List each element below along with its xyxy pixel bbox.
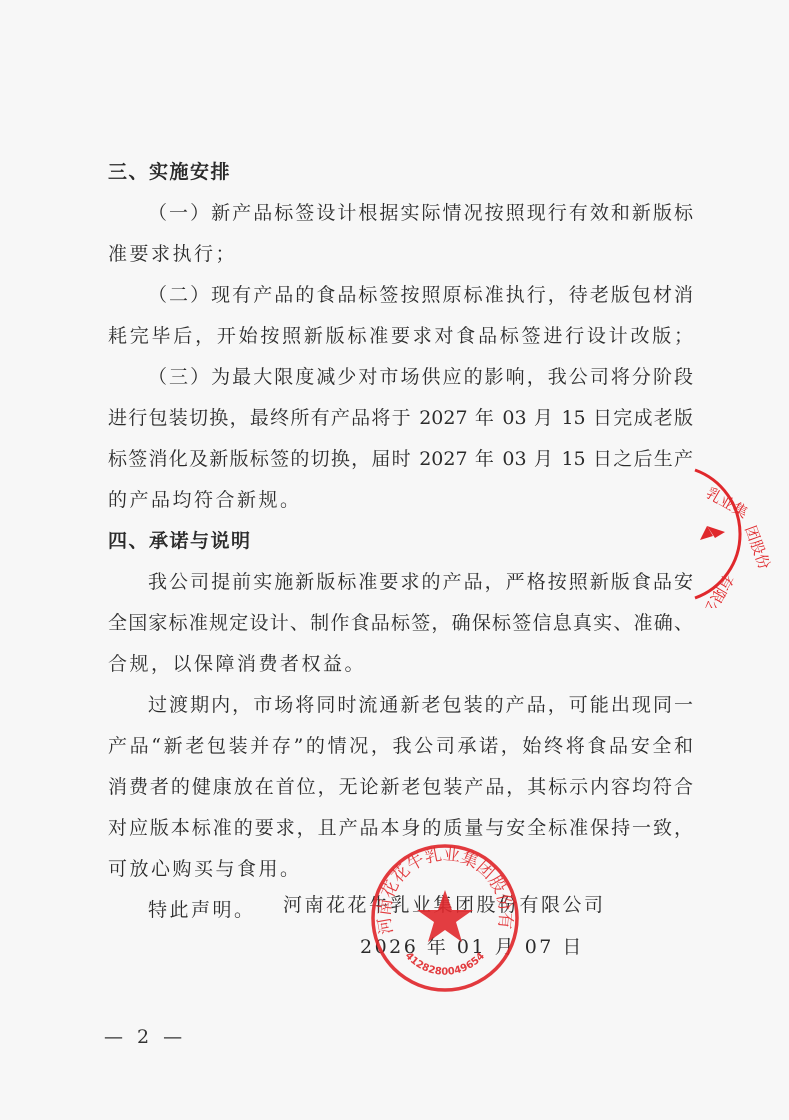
paragraph-line: 消费者的健康放在首位，无论新老包装产品，其标示内容均符合 bbox=[108, 775, 693, 799]
paragraph-line: 产品“新老包装并存”的情况，我公司承诺，始终将食品安全和 bbox=[108, 734, 693, 758]
paragraph-line: 标签消化及新版标签的切换，届时 2027 年 03 月 15 日之后生产 bbox=[108, 447, 693, 471]
svg-text:团股份: 团股份 bbox=[741, 523, 773, 571]
section-heading-commitment: 四、承诺与说明 bbox=[108, 529, 693, 553]
company-signature: 河南花花牛乳业集团股份有限公司 bbox=[283, 893, 606, 917]
document-page: 三、实施安排 （一）新产品标签设计根据实际情况按照现行有效和新版标 准要求执行；… bbox=[0, 0, 789, 1120]
section-heading-implementation: 三、实施安排 bbox=[108, 160, 693, 184]
paragraph-line: 我公司提前实施新版标准要求的产品，严格按照新版食品安 bbox=[148, 570, 693, 594]
paragraph-line: （一）新产品标签设计根据实际情况按照现行有效和新版标 bbox=[148, 201, 693, 225]
paragraph-line: （二）现有产品的食品标签按照原标准执行，待老版包材消 bbox=[148, 283, 693, 307]
signature-date: 2026 年 01 月 07 日 bbox=[360, 935, 584, 959]
paragraph-line: （三）为最大限度减少对市场供应的影响，我公司将分阶段 bbox=[148, 365, 693, 389]
paragraph-line: 准要求执行； bbox=[108, 242, 693, 266]
paragraph-line: 进行包装切换，最终所有产品将于 2027 年 03 月 15 日完成老版 bbox=[108, 406, 693, 430]
paragraph-line: 过渡期内，市场将同时流通新老包装的产品，可能出现同一 bbox=[148, 693, 693, 717]
paragraph-line: 可放心购买与食用。 bbox=[108, 857, 693, 881]
paragraph-line: 对应版本标准的要求，且产品本身的质量与安全标准保持一致， bbox=[108, 816, 693, 840]
svg-text:乳业集: 乳业集 bbox=[703, 484, 751, 522]
paragraph-line: 的产品均符合新规。 bbox=[108, 488, 693, 512]
paragraph-line: 全国家标准规定设计、制作食品标签，确保标签信息真实、准确、 bbox=[108, 611, 693, 635]
svg-text:有限公: 有限公 bbox=[699, 571, 737, 608]
paragraph-line: 耗完毕后，开始按照新版标准要求对食品标签进行设计改版； bbox=[108, 324, 693, 348]
page-number: — 2 — bbox=[104, 1026, 186, 1048]
paragraph-line: 合规，以保障消费者权益。 bbox=[108, 652, 693, 676]
